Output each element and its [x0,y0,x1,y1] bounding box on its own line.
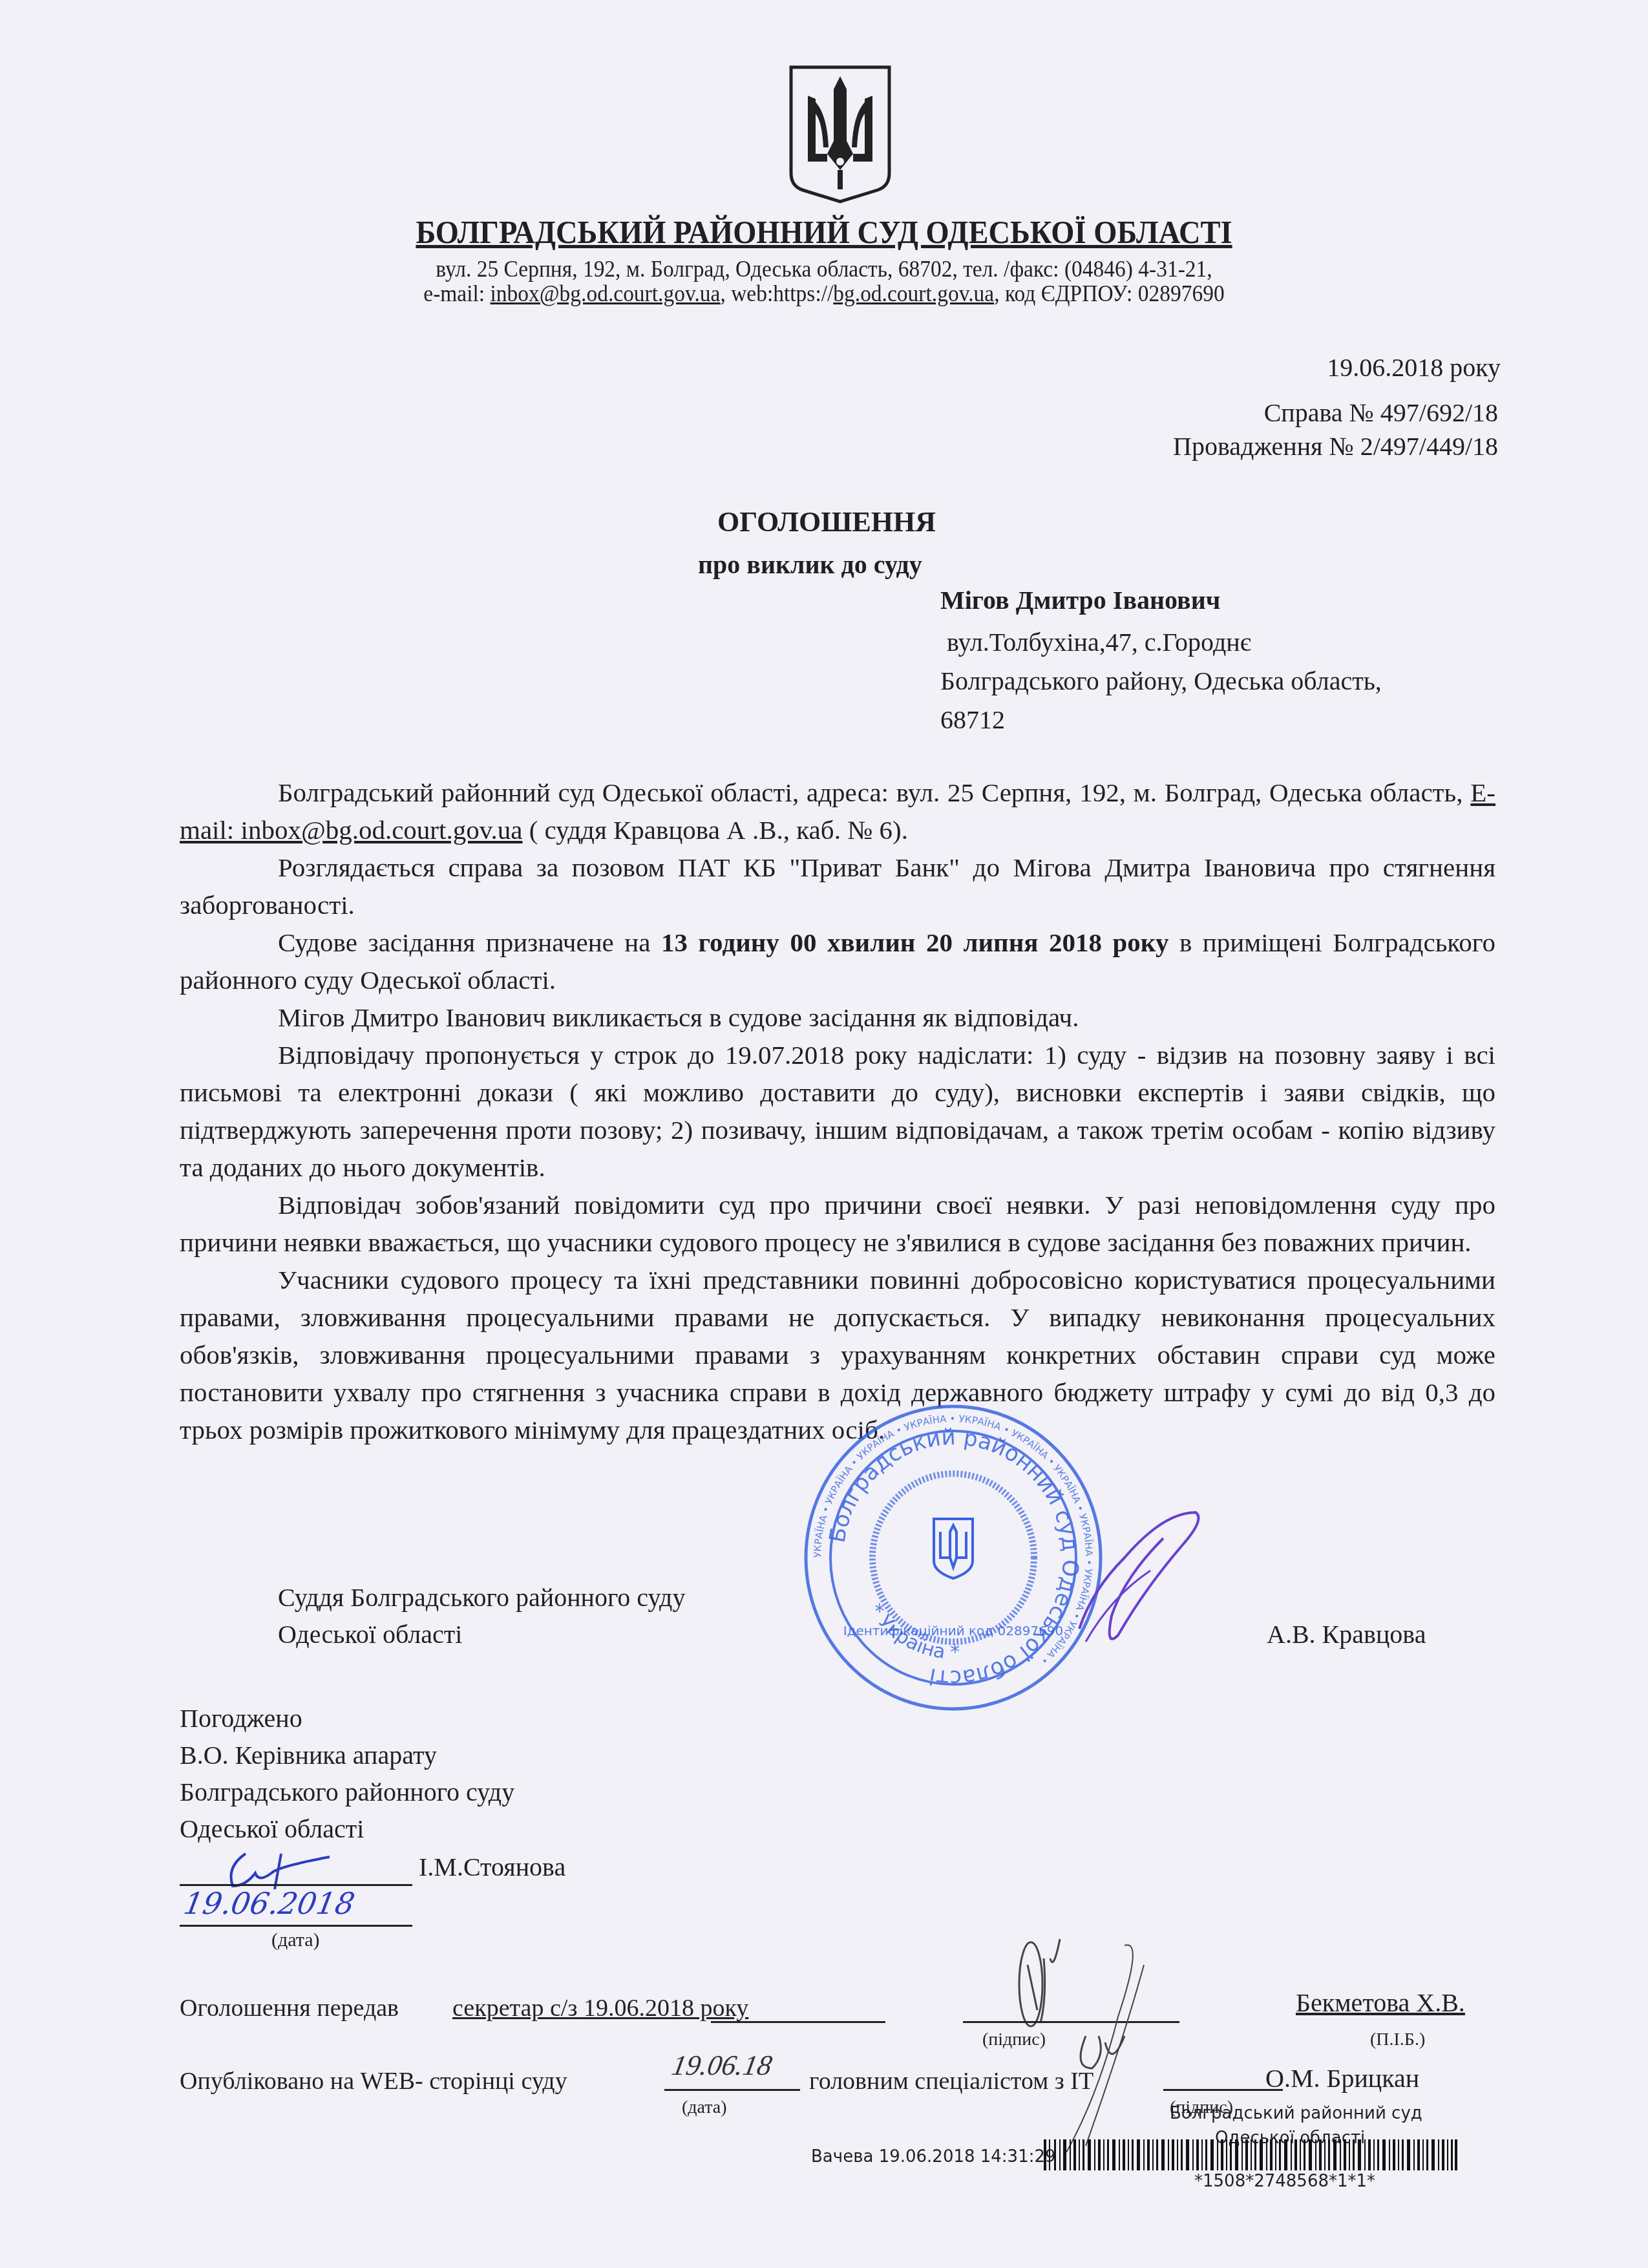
footer-user-timestamp: Вачева 19.06.2018 14:31:29 [811,2147,1056,2167]
hearing-datetime: 13 годину 00 хвилин 20 липня 2018 року [661,927,1168,957]
edrpou-code: , код ЄДРПОУ: 02897690 [994,281,1225,306]
email-prefix: e-mail: [423,281,490,306]
document-date: 19.06.2018 року [1327,352,1501,383]
court-web-link[interactable]: bg.od.court.gov.ua [833,281,994,306]
judge-title: Суддя Болградського районного суду [278,1582,685,1613]
addressee-name: Мігов Дмитро Іванович [940,585,1220,615]
name-caption: (П.І.Б.) [1370,2030,1425,2050]
text: ( суддя Кравцова А .В., каб. № 6). [522,815,908,845]
document-title: ОГОЛОШЕННЯ [717,505,936,538]
paragraph-case: Розглядається справа за позовом ПАТ КБ "… [180,849,1495,924]
web-prefix: , web:https:// [720,281,833,306]
court-seal-stamp: УКРАЇНА • УКРАЇНА • УКРАЇНА • УКРАЇНА • … [801,1403,1105,1713]
court-address: вул. 25 Серпня, 192, м. Болград, Одеська… [58,255,1590,282]
footer-court-name: Болградський районний суд [1170,2104,1422,2123]
paragraph-summons: Мігов Дмитро Іванович викликається в суд… [180,999,1495,1036]
trident-emblem-icon [787,63,893,204]
approver-name: І.М.Стоянова [419,1852,565,1882]
transmitted-label: Оголошення передав [180,1994,399,2022]
judge-handwritten-signature [1066,1500,1209,1655]
judge-name: А.В. Кравцова [1267,1619,1426,1649]
approval-handwritten-date: 19.06.2018 [181,1886,357,1921]
paragraph-hearing: Судове засідання призначене на 13 годину… [180,924,1495,999]
transmitted-value: секретар с/з 19.06.2018 року [452,1994,748,2022]
court-name: БОЛГРАДСЬКИЙ РАЙОННИЙ СУД ОДЕСЬКОЇ ОБЛАС… [58,213,1590,251]
addressee-address-line: 68712 [940,705,1005,735]
court-contacts: e-mail: inbox@bg.od.court.gov.ua, web:ht… [58,280,1590,307]
judge-title: Одеської області [278,1619,462,1649]
date-caption: (дата) [682,2097,727,2118]
notice-body: Болградський районний суд Одеської облас… [180,774,1495,1448]
it-specialist-name: О.М. Брицкан [1265,2063,1419,2093]
it-specialist-handwritten-signature [1028,1939,1176,2152]
svg-text:Ідентифікаційний код 02897690: Ідентифікаційний код 02897690 [843,1623,1064,1638]
barcode-icon [1044,2139,1457,2170]
published-handwritten-date: 19.06.18 [670,2049,775,2082]
addressee-address-line: вул.Толбухіна,47, с.Городнє [947,627,1251,657]
paragraph-deadline: Відповідачу пропонується у строк до 19.0… [180,1036,1495,1186]
approval-label: Погоджено [180,1703,302,1733]
published-label: Опубліковано на WEB- сторінці суду [180,2067,567,2095]
approval-position: В.О. Керівника апарату [180,1740,437,1770]
text: Болградський районний суд Одеської облас… [278,778,1470,807]
paragraph-obligation: Відповідач зобов'язаний повідомити суд п… [180,1186,1495,1261]
document-subtitle: про виклик до суду [698,549,922,580]
date-line [664,2089,800,2091]
barcode-number: *1508*2748568*1*1* [1194,2172,1375,2191]
addressee-address-line: Болградського району, Одеська область, [940,666,1382,696]
court-email-link[interactable]: inbox@bg.od.court.gov.ua [490,281,720,306]
text: Судове засідання призначене на [278,927,661,957]
secretary-name: Бекметова Х.В. [1296,1987,1465,2018]
proceeding-number: Провадження № 2/497/449/18 [1173,431,1498,461]
underline [711,2021,885,2023]
date-line [180,1925,412,1927]
approval-position: Одеської області [180,1814,364,1844]
approval-position: Болградського районного суду [180,1777,514,1807]
date-caption: (дата) [271,1929,320,1951]
paragraph-court-info: Болградський районний суд Одеської облас… [180,774,1495,849]
case-number: Справа № 497/692/18 [1264,397,1498,428]
